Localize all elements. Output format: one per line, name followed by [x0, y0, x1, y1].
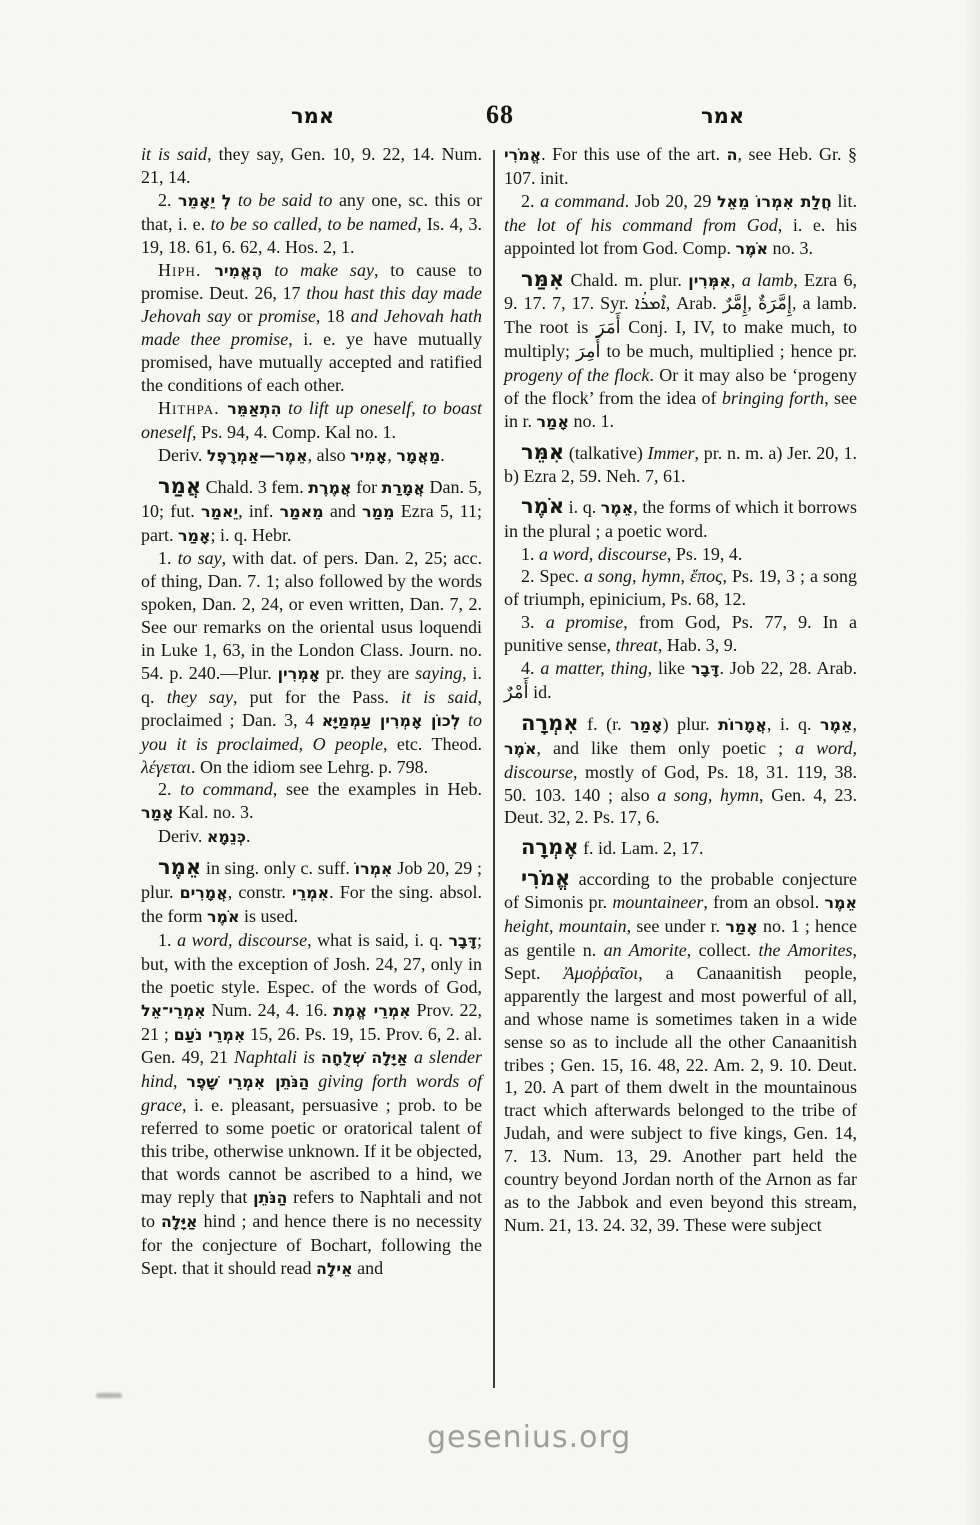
- text-run: 2. Spec.: [521, 566, 584, 586]
- text-run: a lamb: [742, 270, 793, 290]
- hebrew-inline: אֲמָרִים: [180, 883, 228, 902]
- text-run: to command: [180, 779, 273, 799]
- scan-artifact: [96, 1393, 122, 1398]
- text-run: bringing forth: [722, 388, 824, 408]
- continuation-paragraph: it is said, they say, Gen. 10, 9. 22, 14…: [141, 143, 482, 189]
- hebrew-inline: דָּבָר: [448, 931, 477, 950]
- arabic-inline: إِمَّرٌ: [723, 293, 748, 314]
- hebrew-inline: אֵילָה: [316, 1259, 353, 1278]
- text-run: threat: [615, 635, 657, 655]
- hebrew-inline: אִמְרֵי: [292, 883, 329, 902]
- text-run: [309, 1071, 318, 1091]
- text-run: mountaineer: [612, 892, 703, 912]
- text-run: progeny of the flock: [504, 365, 649, 385]
- text-run: . For this use of the art.: [541, 144, 726, 164]
- text-run: ,: [853, 714, 858, 734]
- hebrew-inline: כְּנֵמָא: [207, 827, 246, 846]
- hebrew-inline: אָמַר: [630, 715, 663, 734]
- arabic-inline: أَمِرَ: [576, 341, 601, 362]
- text-run: an Amorite: [604, 940, 687, 960]
- hebrew-inline: אֹמֶר: [735, 239, 768, 258]
- header-keyword-left: אמר: [291, 104, 334, 128]
- hebrew-inline: מֵמַר: [362, 502, 394, 521]
- paragraph: 1. a word, discourse, what is said, i. q…: [141, 929, 482, 1281]
- hebrew-inline: אֵמֶר: [601, 498, 634, 517]
- header-keyword-right: אמר: [701, 104, 744, 128]
- text-run: , 18: [316, 306, 351, 326]
- text-run: no. 1.: [569, 411, 614, 431]
- paragraph: 3. a promise, from God, Ps. 77, 9. In a …: [504, 611, 857, 657]
- text-run: height, mountain: [504, 916, 627, 936]
- text-run: no. 3.: [768, 238, 813, 258]
- hebrew-inline: אָמְרִין: [278, 664, 321, 683]
- text-run: to be so called, to be named: [211, 214, 417, 234]
- text-run: a song, hymn: [584, 566, 681, 586]
- text-run: 2.: [158, 190, 178, 210]
- hebrew-headword: אִמְרָה: [521, 711, 579, 735]
- hebrew-inline: חֲלַת אִמְרוֹ מֵאֵל: [717, 192, 832, 211]
- text-run: f. id. Lam. 2, 17.: [579, 838, 704, 858]
- hebrew-inline: הִתְאַמֵּר: [227, 399, 281, 418]
- watermark: gesenius.org: [427, 1420, 631, 1455]
- paragraph: 2. a command. Job 20, 29 חֲלַת אִמְרוֹ מ…: [504, 190, 857, 261]
- text-run: and: [324, 501, 362, 521]
- text-run: for: [352, 477, 382, 497]
- hebrew-inline: אַיָּלָה שְׁלֻחָה: [321, 1048, 408, 1067]
- greek-inline: Ἀμοῤῥαῖοι: [563, 963, 638, 983]
- text-run: ,: [681, 566, 691, 586]
- text-run: Deriv.: [158, 826, 207, 846]
- text-run: Immer: [648, 443, 695, 463]
- entry-paragraph: אֵמֶר in sing. only c. suff. אִמְרוֹ Job…: [141, 856, 482, 929]
- hebrew-inline: אָמַר: [141, 803, 174, 822]
- left-column: it is said, they say, Gen. 10, 9. 22, 14…: [141, 143, 482, 1281]
- arabic-inline: أَمَرَ: [596, 317, 621, 338]
- paragraph: 2. יֵאָמֵר לְ to be said to any one, sc.…: [141, 189, 482, 259]
- text-run: , also: [308, 445, 351, 465]
- text-run: is used.: [240, 906, 299, 926]
- paragraph: Hithpa. הִתְאַמֵּר to lift up oneself, t…: [141, 397, 482, 444]
- text-run: promise: [258, 306, 315, 326]
- text-run: Deriv.: [158, 445, 207, 465]
- hebrew-headword: אִמֵּר: [521, 440, 564, 464]
- hebrew-inline: אֵמֶר: [820, 715, 853, 734]
- hebrew-inline: אָמִיר: [350, 446, 387, 465]
- hebrew-inline: אֲמָרוֹת: [718, 715, 767, 734]
- text-run: a promise: [546, 612, 624, 632]
- text-run: 1.: [521, 544, 539, 564]
- hebrew-inline: מֵאמַר: [280, 502, 324, 521]
- text-run: 1.: [158, 548, 178, 568]
- hebrew-inline: אֱמֹרִי: [504, 145, 541, 164]
- entry-paragraph: אֹמֶר i. q. אֵמֶר, the forms of which it…: [504, 495, 857, 543]
- text-run: ; i. q. Hebr.: [211, 525, 292, 545]
- hebrew-headword: אֹמֶר: [521, 494, 564, 518]
- page-number: 68: [467, 100, 533, 130]
- text-run: pr. they are: [320, 663, 415, 683]
- arabic-inline: أَمْرٌ: [504, 682, 529, 703]
- hebrew-headword: אֵמֶר: [158, 855, 201, 879]
- text-run: to be said to: [238, 190, 333, 210]
- text-run: , see the examples in Heb.: [273, 779, 482, 799]
- text-run: in sing. only c. suff.: [201, 858, 355, 878]
- text-run: ,: [731, 270, 742, 290]
- hebrew-inline: הֶאֱמִיר: [214, 261, 262, 280]
- text-run: Kal. no. 3.: [174, 802, 254, 822]
- grammar-label: Hiph.: [158, 260, 214, 280]
- hebrew-headword: אִמַּר: [521, 267, 564, 291]
- hebrew-inline: לְ: [222, 191, 232, 210]
- text-run: f. (r.: [579, 714, 631, 734]
- arabic-inline: إِمَّرَةٌ: [758, 293, 792, 314]
- text-run: , and like them only poetic ;: [537, 738, 796, 758]
- entry-paragraph: אִמְרָה f. (r. אָמַר) plur. אֲמָרוֹת, i.…: [504, 712, 857, 830]
- hebrew-headword: אֲמַר: [158, 474, 201, 498]
- paragraph: 1. to say, with dat. of pers. Dan. 2, 25…: [141, 547, 482, 778]
- greek-inline: ἔπος: [690, 566, 722, 586]
- hebrew-inline: אַיָּלָה: [161, 1212, 198, 1231]
- hebrew-inline: אֲמָרַת: [382, 478, 425, 497]
- hebrew-inline: אֹמֶר: [207, 907, 240, 926]
- text-run: 2.: [158, 779, 180, 799]
- text-run: lit.: [832, 191, 857, 211]
- text-run: Chald. 3 fem.: [201, 477, 308, 497]
- hebrew-headword: אֱמֹרִי: [521, 866, 570, 890]
- text-run: a word, discourse: [177, 930, 307, 950]
- scanned-page: אמר 68 אמר it is said, they say, Gen. 10…: [0, 0, 980, 1525]
- text-run: to say: [178, 548, 222, 568]
- text-run: , etc. Theod.: [383, 734, 482, 754]
- paragraph: 4. a matter, thing, like דָּבָר. Job 22,…: [504, 657, 857, 705]
- text-run: 3.: [521, 612, 546, 632]
- paragraph: 2. to command, see the examples in Heb. …: [141, 778, 482, 825]
- text-run: a matter, thing: [540, 658, 647, 678]
- text-run: id.: [529, 682, 552, 702]
- text-run: , see under r.: [627, 916, 726, 936]
- hebrew-inline: הַנֹּתֵן אִמְרֵי שָׁפֶר: [186, 1072, 309, 1091]
- text-run: , put for the Pass.: [233, 687, 401, 707]
- text-run: , Ps. 94, 4. Comp. Kal no. 1.: [192, 422, 396, 442]
- text-run: .: [440, 445, 445, 465]
- text-run: , a Canaanitish people, apparently the l…: [504, 963, 857, 1235]
- hebrew-inline: אִמְרֵי־אֵל: [141, 1001, 206, 1020]
- hebrew-inline: לְכוֹן אָמְרִין עַמְמַיָּא: [322, 711, 461, 730]
- grammar-label: Hithpa.: [158, 398, 227, 418]
- syriac-inline: ܐܶܡܪܳܐ: [635, 293, 666, 314]
- hebrew-inline: אִמְרֵי אֱמֶת: [333, 1001, 411, 1020]
- greek-inline: λέγεται: [141, 757, 191, 777]
- paragraph: Deriv. כְּנֵמָא.: [141, 825, 482, 849]
- hebrew-inline: ה: [727, 145, 738, 164]
- hebrew-headword: אֶמְרָה: [521, 835, 579, 859]
- text-run: , what is said, i. q.: [307, 930, 448, 950]
- text-run: ) plur.: [663, 714, 719, 734]
- text-run: to make say: [274, 260, 374, 280]
- text-run: ,: [747, 293, 758, 313]
- text-run: Num. 24, 4. 16.: [206, 1000, 333, 1020]
- text-run: i. q.: [564, 497, 601, 517]
- text-run: [460, 710, 468, 730]
- hebrew-inline: יֵאָמֵר: [178, 191, 215, 210]
- text-run: , i. q.: [767, 714, 820, 734]
- paragraph: Hiph. הֶאֱמִיר to make say, to cause to …: [141, 259, 482, 397]
- hebrew-inline: אָמַר: [537, 412, 570, 431]
- text-run: they say: [167, 687, 233, 707]
- entry-paragraph: אֱמֹרִי according to the probable conjec…: [504, 867, 857, 1237]
- text-run: . On the idiom see Lehrg. p. 798.: [191, 757, 428, 777]
- hebrew-inline: אִמְּרִין: [688, 271, 731, 290]
- text-run: .: [246, 826, 251, 846]
- text-run: a command: [540, 191, 625, 211]
- text-run: a word, discourse: [539, 544, 667, 564]
- text-run: , Ps. 19, 4.: [667, 544, 743, 564]
- hebrew-inline: יֵאמַר: [201, 502, 238, 521]
- column-divider: [493, 150, 495, 1388]
- hebrew-inline: מַאֲמָר: [396, 446, 440, 465]
- hebrew-inline: אֵמֶר: [825, 893, 858, 912]
- hebrew-inline: אָמַר: [725, 917, 758, 936]
- text-run: 2.: [521, 191, 540, 211]
- paragraph: Deriv. אֵמֶר—אַמְרָפֶל, also אָמִיר, מַא…: [141, 444, 482, 468]
- text-run: , constr.: [228, 882, 292, 902]
- text-run: , Hab. 3, 9.: [658, 635, 738, 655]
- entry-paragraph: אֶמְרָה f. id. Lam. 2, 17.: [504, 836, 857, 860]
- text-run: (talkative): [564, 443, 647, 463]
- paragraph: 1. a word, discourse, Ps. 19, 4.: [504, 543, 857, 566]
- text-run: the lot of his command from God: [504, 215, 778, 235]
- text-run: 4.: [521, 658, 540, 678]
- entry-paragraph: אִמֵּר (talkative) Immer, pr. n. m. a) J…: [504, 441, 857, 488]
- text-run: to be much, multiplied ; hence pr.: [601, 341, 857, 361]
- text-run: , collect.: [687, 940, 759, 960]
- text-run: ,: [173, 1071, 186, 1091]
- text-run: . Job 20, 29: [625, 191, 717, 211]
- text-run: saying: [415, 663, 462, 683]
- text-run: [262, 260, 274, 280]
- text-run: , Arab.: [666, 293, 723, 313]
- page-header: אמר 68 אמר: [0, 98, 980, 138]
- text-run: 1.: [158, 930, 177, 950]
- entry-paragraph: אִמַּר Chald. m. plur. אִמְּרִין, a lamb…: [504, 268, 857, 434]
- hebrew-inline: אֹמֶר: [504, 739, 537, 758]
- text-run: Naphtali is: [234, 1047, 315, 1067]
- hebrew-inline: אֵמֶר—אַמְרָפֶל: [207, 446, 308, 465]
- text-run: . Job 22, 28. Arab.: [719, 658, 857, 678]
- text-run: , like: [648, 658, 691, 678]
- entry-paragraph: אֲמַר Chald. 3 fem. אֲמֶרֶת for אֲמָרַת …: [141, 475, 482, 548]
- right-column: אֱמֹרִי. For this use of the art. ה, see…: [504, 143, 857, 1237]
- hebrew-inline: אָמַר: [178, 526, 211, 545]
- text-run: it is said: [141, 144, 207, 164]
- text-run: Chald. m. plur.: [564, 270, 688, 290]
- text-run: the Amorites: [758, 940, 852, 960]
- text-run: , inf.: [238, 501, 279, 521]
- continuation-paragraph: אֱמֹרִי. For this use of the art. ה, see…: [504, 143, 857, 190]
- hebrew-inline: אִמְרֵי נֹעַם: [174, 1025, 246, 1044]
- text-run: it is said: [401, 687, 477, 707]
- hebrew-inline: דָּבָר: [691, 659, 720, 678]
- text-run: ,: [387, 445, 396, 465]
- text-run: or: [231, 306, 258, 326]
- paragraph: 2. Spec. a song, hymn, ἔπος, Ps. 19, 3 ;…: [504, 565, 857, 611]
- text-run: , from an obsol.: [703, 892, 824, 912]
- text-run: and: [353, 1258, 384, 1278]
- hebrew-inline: אֲמֶרֶת: [308, 478, 351, 497]
- hebrew-inline: אִמְרוֹ: [355, 859, 393, 878]
- hebrew-inline: הַנֹּתֵן: [253, 1188, 287, 1207]
- text-run: a song, hymn: [657, 785, 759, 805]
